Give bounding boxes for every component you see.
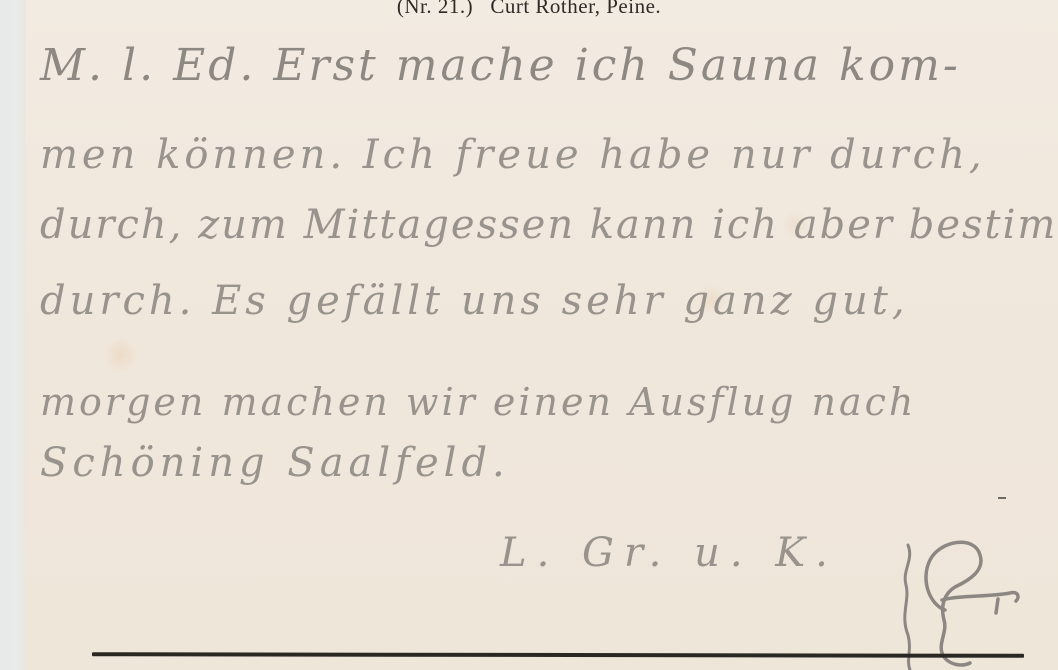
handwritten-line-1: M. l. Ed. Erst mache ich Sauna kom- — [40, 40, 961, 91]
closing-greeting: L. Gr. u. K. — [500, 530, 838, 576]
signature-flourish-icon — [900, 535, 1030, 670]
scan-edge — [0, 0, 26, 670]
stray-pencil-mark — [998, 497, 1006, 499]
handwritten-line-2: men können. Ich freue habe nur durch, — [40, 132, 986, 178]
handwritten-line-6: Schöning Saalfeld. — [40, 440, 510, 486]
handwritten-line-3: durch, zum Mittagessen kann ich aber bes… — [40, 202, 1058, 248]
handwritten-line-5: morgen machen wir einen Ausflug nach — [40, 380, 916, 424]
handwritten-line-4: durch. Es gefällt uns sehr ganz gut, — [40, 278, 909, 324]
printed-header: (Nr. 21.) Curt Rother, Peine. — [0, 0, 1058, 19]
